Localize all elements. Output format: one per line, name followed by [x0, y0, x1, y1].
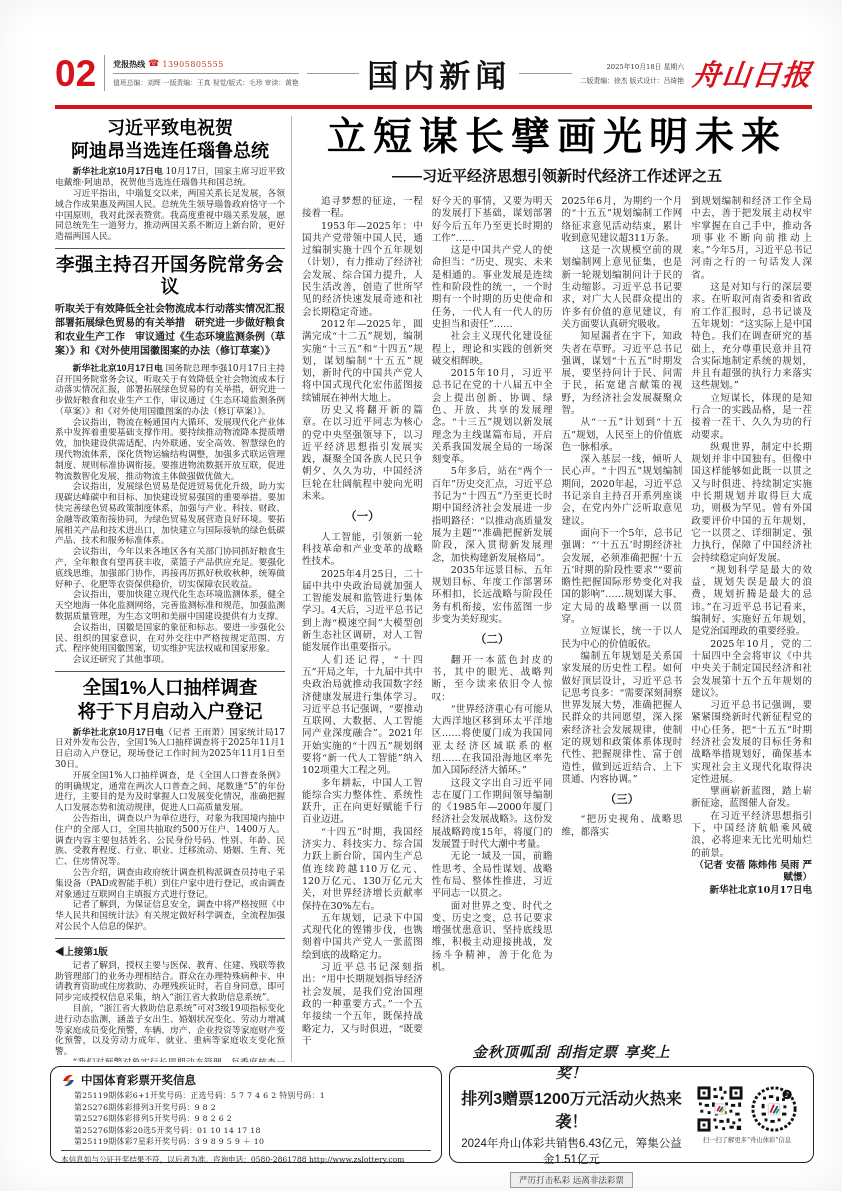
paragraph: 习近平总书记强调，要紧紧围绕新时代新征程党的中心任务，把“十五五”时期经济社会发…	[691, 700, 812, 786]
article-body: 记者了解到，授权主要与医保、教育、住建、残联等救助管理部门的业务办理相结合。群众…	[55, 961, 285, 1062]
page-number: 02	[55, 55, 96, 92]
lottery-line: 第25119期体彩6+1开奖号码：正选号码：5 7 7 4 6 2 特别号码：1	[74, 1090, 431, 1102]
dateline: 新华社北京10月17日电	[73, 363, 163, 373]
paragraph: 新华社北京10月17日电 国务院总理李强10月17日主持召开国务院常务会议，听取…	[55, 363, 285, 418]
page-header: 02 党报热线 ☎ 13905805555 值班总编：刘辉 一版责编：王真 视觉…	[55, 44, 812, 102]
date-line: 2025年10月18日 星期六	[606, 61, 684, 71]
divider	[55, 248, 285, 249]
main-headline: 立短谋长擘画光明未来	[302, 118, 812, 159]
hotline-row: 党报热线 ☎ 13905805555	[113, 59, 299, 74]
article-columns: 追寻梦想的征途，一程接着一程。1953年—2025年：中国共产党带领中国人民，通…	[302, 196, 812, 1062]
article-body: 新华社北京10月17日电（记者 王雨萧）国家统计局17日对外发布公告，全国1%人…	[55, 727, 285, 933]
paragraph: （记者 安蓓 陈炜伟 吴雨 严赋憬）	[691, 860, 812, 885]
main-article: 立短谋长擘画光明未来 ——习近平经济思想引领新时代经济工作述评之五 追寻梦想的征…	[302, 116, 812, 1062]
paragraph: 翻开一本蓝色封皮的书，其中的眼光、战略判断，至今读来依旧令人惊叹：	[432, 655, 553, 704]
hotline-number: 13905805555	[162, 60, 224, 69]
bottom-strip: 中国体育彩票开奖信息 第25119期体彩6+1开奖号码：正选号码：5 7 7 4…	[50, 1066, 814, 1163]
column-4: 到规划编制和经济工作全局中去，善于把发展主动权牢牢掌握在自己手中，推动各项事业不…	[691, 196, 812, 1062]
paragraph: 公告介绍，调查由政府统计调查机构派调查员持电子采集设备（PAD或智能手机）到住户…	[55, 868, 285, 900]
paragraph: “规划科学是最大的效益，规划失误是最大的浪费，规划折腾是最大的忌讳。”在习近平总…	[691, 565, 812, 639]
ad-warning: 严厉打击私彩 远离非法彩票	[510, 1172, 633, 1188]
lottery-ad-box: 金秋顶呱刮 刮指定票 享奖上奖！ 排列3赠票1200万元活动火热来袭！ 2024…	[449, 1066, 814, 1163]
section-title: 国内新闻	[367, 51, 511, 96]
paragraph: 记者了解到，授权主要与医保、教育、住建、残联等救助管理部门的业务办理相结合。群众…	[55, 961, 285, 1004]
paragraph: 立短谋长，统一于以人民为中心的价值皈依。	[562, 626, 683, 651]
paragraph: 到规划编制和经济工作全局中去，善于把发展主动权牢牢掌握在自己手中，推动各项事业不…	[691, 196, 812, 282]
column-1: 追寻梦想的征途，一程接着一程。1953年—2025年：中国共产党带领中国人民，通…	[302, 196, 423, 1062]
paragraph: 会议指出，发展绿色贸易是促进贸易优化升级，助力实现碳达峰碳中和目标、加快建设贸易…	[55, 482, 285, 547]
paragraph: 2015年10月，习近平总书记在党的十八届五中全会上提出创新、协调、绿色、开放、…	[432, 368, 553, 466]
article-headline: 李强主持召开国务院常务会议	[55, 254, 285, 298]
paragraph: 1953年—2025年：中国共产党带领中国人民，通过编制实施十四个五年规划（计划…	[302, 221, 423, 319]
lottery-box: 中国体育彩票开奖信息 第25119期体彩6+1开奖号码：正选号码：5 7 7 4…	[50, 1066, 442, 1163]
lottery-title-row: 中国体育彩票开奖信息	[61, 1072, 431, 1088]
ad-stats: 2024年舟山体彩共销售6.43亿元，筹集公益金1.51亿元	[460, 1135, 683, 1167]
paragraph: 会议还研究了其他事项。	[55, 655, 285, 666]
paragraph: 立短谋长，体现的是知行合一的实践品格，是一茬接着一茬干、久久为功的行动要求。	[691, 393, 812, 442]
article-continued-from-p1: ◀上接第1版 记者了解到，授权主要与医保、教育、住建、残联等救助管理部门的业务办…	[55, 944, 285, 1062]
paragraph: 目前，“浙江省大救助信息系统”可对3级19项指标变化进行动态监测，涵盖子女出生、…	[55, 1004, 285, 1058]
paragraph: 擘画崭新蓝图，踏上崭新征途，蓝图催人奋发。	[691, 786, 812, 811]
paragraph: 新华社北京10月17日电（记者 王雨萧）国家统计局17日对外发布公告，全国1%人…	[55, 727, 285, 771]
paragraph: “世界经济重心有可能从大西洋地区移到环太平洋地区……将使厦门成为我国同亚太经济区…	[432, 704, 553, 778]
qr-code-wechat-icon	[696, 1085, 744, 1133]
lottery-line: 第25276期体彩排列5开奖号码：9 8 2 6 2	[74, 1113, 431, 1125]
paragraph: 历史又将翻开新的篇章。在以习近平同志为核心的党中央坚强领导下，以习近平经济思想指…	[302, 405, 423, 503]
paragraph: 从“一五”计划到“十五五”规划，人民至上的价值底色一脉相承。	[562, 417, 683, 454]
paragraph: 纵观世界，制定中长期规划并非中国独有。但像中国这样能够如此既一以贯之又与时俱进、…	[691, 442, 812, 565]
paragraph: 这是中国共产党人的使命担当：“历史、现实、未来是相通的。事业发展是连续性和阶段性…	[432, 245, 553, 331]
paragraph: 会议指出，今年以来各地区各有关部门协同抓好粮食生产，全年粮食有望再获丰收，菜篮子…	[55, 547, 285, 590]
paragraph: 知屋漏者在宇下，知政失者在草野。习近平总书记强调，谋划“十五五”时期发展，要坚持…	[562, 331, 683, 417]
svg-text:♪: ♪	[785, 1090, 790, 1099]
paragraph: 多年耕耘，中国人工智能综合实力整体性、系统性跃升，正在向更好赋能千行百业迈进。	[302, 778, 423, 827]
paragraph: 会议指出，国徽是国家的象征和标志。要进一步强化公民、组织的国家意识，在对外交往中…	[55, 623, 285, 655]
header-rule-right	[519, 73, 572, 74]
paragraph: 习近平总书记深刻指出：“用中长期规划指导经济社会发展，是我们党治国理政的一种重要…	[302, 962, 423, 1048]
sports-lottery-logo-icon	[61, 1073, 76, 1088]
left-column: 习近平致电祝贺 阿迪昂当选连任瑙鲁总统 新华社北京10月17日电 10月17日，…	[55, 116, 292, 1062]
paragraph: （三）	[562, 794, 683, 806]
paragraph: 开展全国1%人口抽样调查，是《全国人口普查条例》的明确规定，通常在两次人口普查之…	[55, 771, 285, 814]
qr-caption: 扫一扫了解更多“舟山体彩”信息	[703, 1135, 791, 1144]
paragraph: 深入基层一线，倾听人民心声。“十四五”规划编制期间，2020年起，习近平总书记亲…	[562, 454, 683, 528]
divider	[55, 938, 285, 939]
paragraph: 5年多后，站在“两个一百年”历史交汇点，习近平总书记为“十四五”乃至更长时期中国…	[432, 466, 553, 564]
column-2: 好今天的事情，又要为明天的发展打下基础，谋划部署好今后五年乃至更长时期的工作”……	[432, 196, 553, 1062]
article-headline: 全国1%人口抽样调查	[55, 677, 285, 699]
paragraph: 追寻梦想的征途，一程接着一程。	[302, 196, 423, 221]
staff-line: 值班总编：刘辉 一版责编：王真 视觉/版式：毛珍 审读：黄艳	[113, 74, 299, 87]
qr-area: ♪ 扫一扫了解更多“舟山体彩”信息	[691, 1085, 803, 1144]
hotline-block: 党报热线 ☎ 13905805555 值班总编：刘辉 一版责编：王真 视觉/版式…	[113, 59, 299, 87]
date-block: 2025年10月18日 星期六 二版责编：徐杰 版式设计：吕绮艳	[580, 61, 684, 85]
continued-label: ◀上接第1版	[55, 944, 285, 958]
paragraph: 会议指出，物流在畅通国内大循环、发展现代化产业体系中发挥着重要基础支撑作用。要持…	[55, 418, 285, 483]
hotline-label: 党报热线	[113, 59, 145, 70]
paragraph: 会议指出，要加快建立现代化生态环境监测体系，健全天空地海一体化监测网络，完善监测…	[55, 590, 285, 622]
article-headline: 习近平致电祝贺	[55, 118, 285, 139]
ad-promo: 排列3赠票1200万元活动火热来袭！	[460, 1086, 683, 1132]
paragraph: 记者了解到，为保证信息安全，调查中将严格按照《中华人民共和国统计法》有关规定做好…	[55, 900, 285, 932]
paragraph: （二）	[432, 634, 553, 646]
paragraph: 2025年6月，为期约一个月的“十五五”规划编制工作网络征求意见活动结束，累计收…	[562, 196, 683, 245]
lottery-line: 第25119期体彩7星彩开奖号码：3 9 8 9 5 9 ＋ 10	[74, 1136, 431, 1148]
paragraph: 这是对知与行的深层要求。在听取河南省委和省政府工作汇报时，总书记谈及五年规划：“…	[691, 282, 812, 393]
paragraph: （一）	[302, 511, 423, 523]
editor-line: 二版责编：徐杰 版式设计：吕绮艳	[580, 75, 684, 85]
newspaper-masthead: 舟山日报	[690, 53, 814, 94]
paragraph: 人们还记得，“十四五”开局之年，十九届中共中央政治局就推动我国数字经济健康发展进…	[302, 655, 423, 778]
ad-slogan: 金秋顶呱刮 刮指定票 享奖上奖！	[460, 1041, 683, 1083]
paragraph: 2012年—2025年，圆满完成“十二五”规划，编制实施“十三五”和“十四五”规…	[302, 319, 423, 405]
paragraph: 新华社北京10月17日电 10月17日，国家主席习近平致电戴维·阿迪昂，祝贺他当…	[55, 166, 285, 189]
article-headline: 阿迪昂当选连任瑙鲁总统	[55, 141, 285, 162]
paragraph: 习近平指出，中瑙复交以来，两国关系长足发展，各领域合作成果惠及两国人民。总统先生…	[55, 189, 285, 243]
ad-text-block: 金秋顶呱刮 刮指定票 享奖上奖！ 排列3赠票1200万元活动火热来袭！ 2024…	[460, 1041, 683, 1188]
paragraph: 人工智能，引领新一轮科技革命和产业变革的战略性技术。	[302, 532, 423, 569]
phone-icon: ☎	[148, 60, 159, 69]
article-subhead: 听取关于有效降低全社会物流成本行动落实情况汇报 部署拓展绿色贸易的有关举措 研究…	[55, 303, 285, 359]
article-population-survey: 全国1%人口抽样调查 将于下月启动入户登记 新华社北京10月17日电（记者 王雨…	[55, 677, 285, 933]
paragraph: 在习近平经济思想指引下，中国经济航船乘风破浪，必将迎来无比光明灿烂的前景。	[691, 811, 812, 860]
paragraph: 编制五年规划是关系国家发展的历史性工程。如何做好顶层设计，习近平总书记思考良多：…	[562, 651, 683, 786]
qr-code-douyin-icon: ♪	[750, 1085, 798, 1133]
lottery-line: 第25276期体彩20选5开奖号码：01 10 14 17 18	[74, 1125, 431, 1137]
paragraph: 这是一次规模空前的规划编制网上意见征集，也是新一轮规划编制问计于民的生动缩影。习…	[562, 245, 683, 331]
paragraph: 2025年4月25日，二十届中共中央政治局就加强人工智能发展和监管进行集体学习。…	[302, 569, 423, 655]
article-xi-congrats: 习近平致电祝贺 阿迪昂当选连任瑙鲁总统 新华社北京10月17日电 10月17日，…	[55, 118, 285, 243]
paragraph: 社会主义现代化建设征程上，理论和实践的创新突破交相辉映。	[432, 331, 553, 368]
paragraph: 面向下一个5年，总书记强调：“‘十五五’时期经济社会发展，必须准确把握‘十五五’…	[562, 528, 683, 626]
paragraph: “十四五”时期，我国经济实力、科技实力、综合国力跃上新台阶，国内生产总值连续跨越…	[302, 827, 423, 913]
divider	[55, 671, 285, 672]
column-3: 2025年6月，为期约一个月的“十五五”规划编制工作网络征求意见活动结束，累计收…	[562, 196, 683, 1062]
header-rule-left	[307, 73, 360, 74]
lottery-lines: 第25119期体彩6+1开奖号码：正选号码：5 7 7 4 6 2 特别号码：1…	[61, 1090, 431, 1148]
main-subtitle: ——习近平经济思想引领新时代经济工作述评之五	[302, 165, 812, 186]
paragraph: 好今天的事情，又要为明天的发展打下基础，谋划部署好今后五年乃至更长时期的工作”……	[432, 196, 553, 245]
lottery-line: 第25276期体彩排列3开奖号码：9 8 2	[74, 1102, 431, 1114]
paragraph: 这段文字出自习近平同志在厦门工作期间领导编制的《1985年—2000年厦门经济社…	[432, 778, 553, 852]
paragraph: 五年规划，记录下中国式现代化的铿锵步伐，也镌刻着中国共产党人一张蓝图绘到底的战略…	[302, 913, 423, 962]
article-state-council: 李强主持召开国务院常务会议 听取关于有效降低全社会物流成本行动落实情况汇报 部署…	[55, 254, 285, 666]
paragraph: 面对世界之变、时代之变、历史之变，总书记要求增强忧患意识、坚持底线思维，积极主动…	[432, 901, 553, 975]
dateline: 新华社北京10月17日电	[73, 166, 163, 176]
header-divider	[104, 55, 105, 91]
article-body: 新华社北京10月17日电 国务院总理李强10月17日主持召开国务院常务会议，听取…	[55, 363, 285, 666]
red-rule	[55, 105, 812, 109]
paragraph: 无论一域及一国，前瞻性思考、全局性谋划、战略性布局、整体性推进，习近平同志一以贯…	[432, 851, 553, 900]
qr-row: ♪	[696, 1085, 798, 1133]
lottery-footer: 本信息如与公证开奖结果不符，以后者为准。咨询电话：0580-2861788 ht…	[61, 1150, 431, 1166]
paragraph: 公告指出，调查以户为单位进行，对象为我国境内抽中住户的全部人口，全国共抽取约50…	[55, 814, 285, 868]
paragraph: 新华社北京10月17日电	[691, 885, 812, 897]
dateline: 新华社北京10月17日电	[73, 727, 164, 737]
paragraph: “我们对预警对象实行长周期动态管理，每季度核查一次。”马惠祥表示，民政部门还将联…	[55, 1058, 285, 1062]
article-headline: 将于下月启动入户登记	[55, 701, 285, 723]
paragraph: 2035年远景目标、五年规划目标、年度工作部署环环相扣，长远战略与阶段任务有机衔…	[432, 565, 553, 626]
content-area: 习近平致电祝贺 阿迪昂当选连任瑙鲁总统 新华社北京10月17日电 10月17日，…	[55, 116, 812, 1062]
newspaper-page: 02 党报热线 ☎ 13905805555 值班总编：刘辉 一版责编：王真 视觉…	[0, 0, 842, 1191]
paragraph: “把历史视角、战略思维，都落实	[562, 814, 683, 839]
paragraph: 2025年10月，党的二十届四中全会将审议《中共中央关于制定国民经济和社会发展第…	[691, 639, 812, 700]
lottery-title: 中国体育彩票开奖信息	[81, 1072, 196, 1088]
article-body: 新华社北京10月17日电 10月17日，国家主席习近平致电戴维·阿迪昂，祝贺他当…	[55, 166, 285, 243]
